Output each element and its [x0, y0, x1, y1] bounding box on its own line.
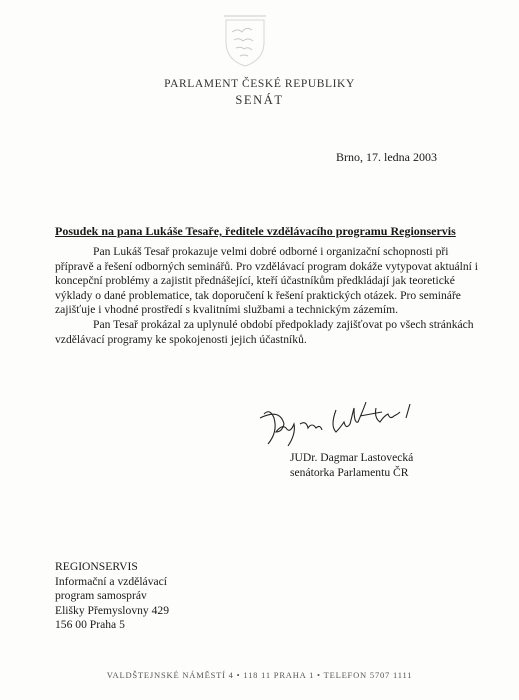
signer-block: JUDr. Dagmar Lastovecká senátorka Parlam…: [290, 451, 413, 480]
letter-date: Brno, 17. ledna 2003: [336, 150, 437, 165]
signer-title: senátorka Parlamentu ČR: [290, 466, 413, 481]
address-line: 156 00 Praha 5: [55, 618, 169, 633]
chamber-heading: SENÁT: [0, 93, 519, 108]
address-line: REGIONSERVIS: [55, 560, 169, 575]
letterhead-footer: VALDŠTEJNSKÉ NÁMĚSTÍ 4 • 118 11 PRAHA 1 …: [0, 670, 519, 680]
paragraph: Pan Lukáš Tesař prokazuje velmi dobré od…: [55, 245, 485, 318]
letter-body: Pan Lukáš Tesař prokazuje velmi dobré od…: [55, 245, 485, 347]
lion-emblem-icon: [222, 12, 268, 68]
address-line: Elišky Přemyslovny 429: [55, 604, 169, 619]
address-line: program samospráv: [55, 589, 169, 604]
recipient-address: REGIONSERVIS Informační a vzdělávací pro…: [55, 560, 169, 633]
signer-name: JUDr. Dagmar Lastovecká: [290, 451, 413, 466]
letter-subject: Posudek na pana Lukáše Tesaře, ředitele …: [55, 224, 456, 239]
institution-heading: PARLAMENT ČESKÉ REPUBLIKY: [0, 78, 519, 90]
paragraph: Pan Tesař prokázal za uplynulé období př…: [55, 318, 485, 347]
address-line: Informační a vzdělávací: [55, 575, 169, 590]
